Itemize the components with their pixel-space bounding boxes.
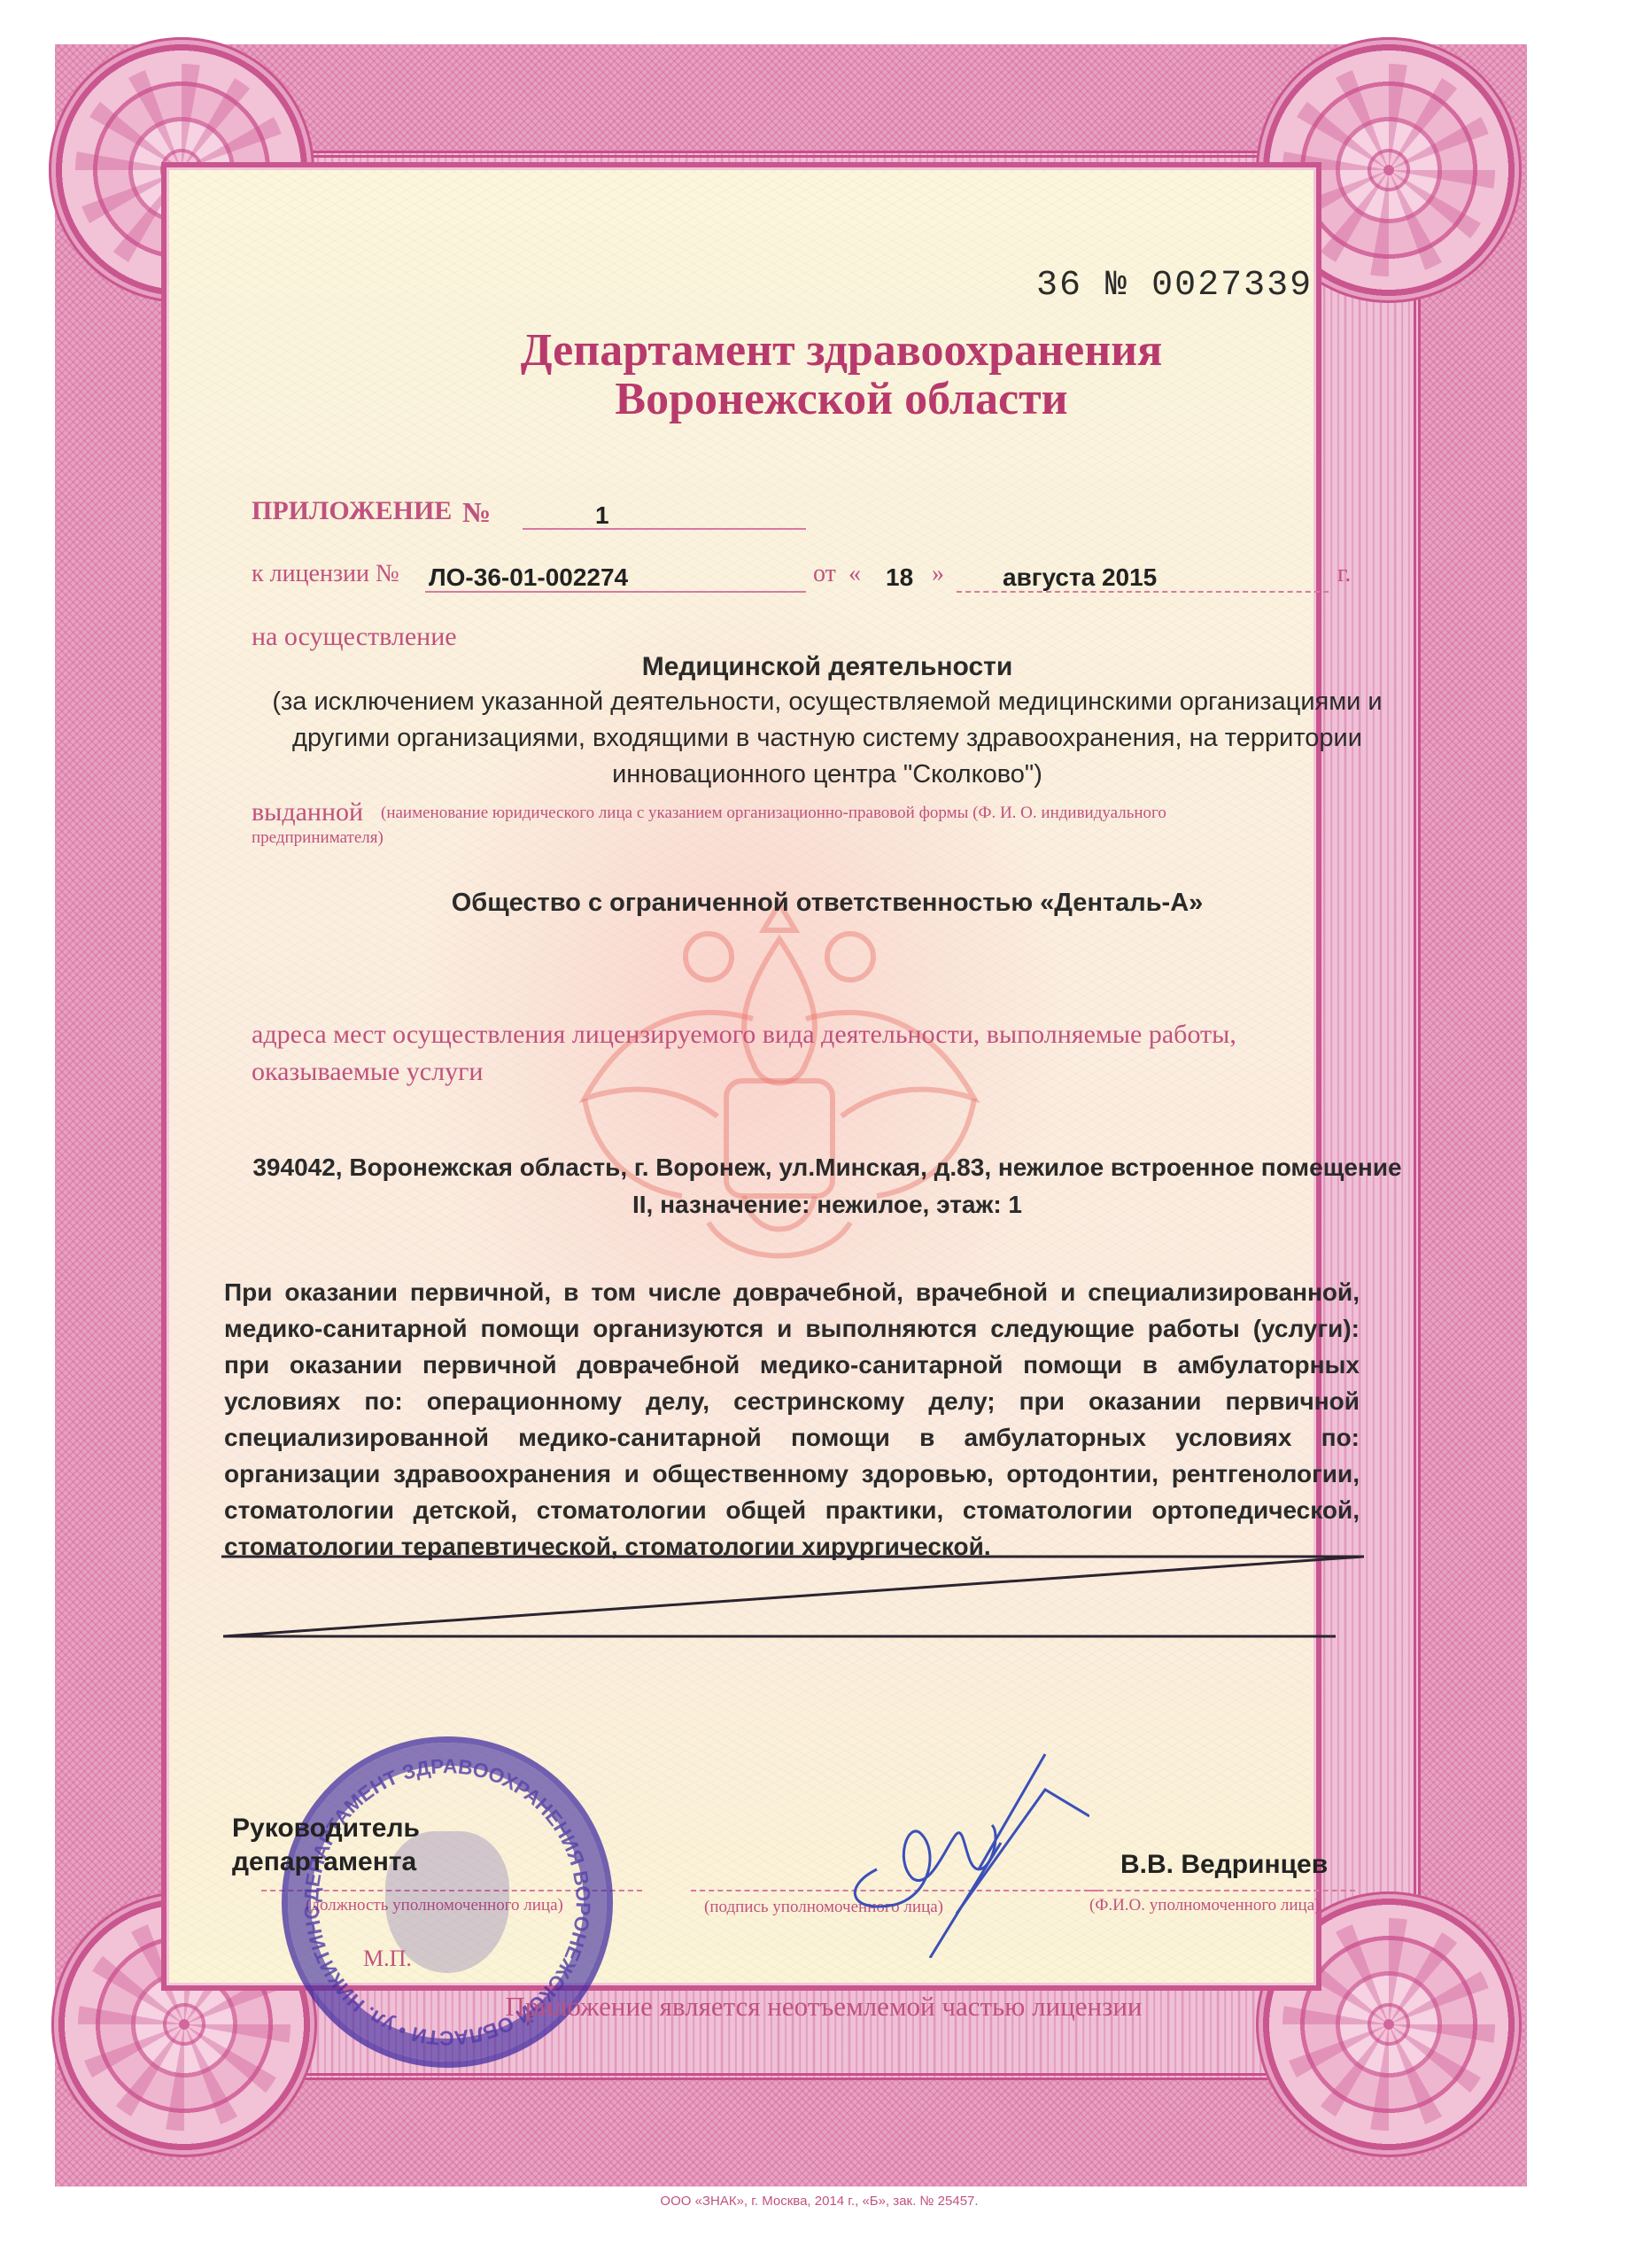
purpose-label: на осуществление [252, 622, 457, 652]
issuer-title-line-2: Воронежской области [266, 372, 1417, 427]
blank-serial-number: 36 № 0027339 [1036, 266, 1313, 306]
integral-part-note: Приложение является неотъемлемой частью … [425, 1991, 1222, 2023]
issuer-title-line-1: Департамент здравоохранения [266, 323, 1417, 378]
works-services-text: При оказании первичной, в том числе довр… [224, 1274, 1360, 1565]
activity-address: 394042, Воронежская область, г. Воронеж,… [252, 1149, 1403, 1223]
printer-imprint: ООО «ЗНАК», г. Москва, 2014 г., «Б», зак… [576, 2194, 1063, 2209]
appendix-number-underline [523, 528, 806, 530]
license-number: ЛО-36-01-002274 [429, 563, 628, 592]
signatory-name: В.В. Ведринцев [1120, 1850, 1328, 1880]
appendix-number: 1 [595, 501, 609, 530]
address-label: адреса мест осуществления лицензируемого… [252, 1016, 1376, 1091]
license-day: 18 [886, 563, 913, 592]
name-hint: (Ф.И.О. уполномоченного лица) [1089, 1896, 1321, 1915]
role-line-2: департамента [232, 1847, 416, 1876]
serial-series: 36 [1036, 266, 1082, 306]
issued-hint: (наименование юридического лица с указан… [381, 804, 1166, 823]
activity-description: (за исключением указанной деятельности, … [252, 684, 1403, 793]
licensee-name: Общество с ограниченной ответственностью… [252, 889, 1403, 918]
appendix-number-sign: № [462, 496, 491, 529]
strike-z-lines [213, 1542, 1382, 1657]
license-label: к лицензии № [252, 560, 399, 588]
serial-number: 0027339 [1151, 266, 1313, 306]
issued-hint-continuation: предпринимателя) [252, 828, 384, 848]
quote-open: « [848, 560, 861, 588]
date-from-label: от [813, 560, 836, 588]
activity-title: Медицинской деятельности [252, 649, 1403, 685]
license-month-year: августа 2015 [1003, 563, 1157, 592]
quote-close: » [932, 560, 944, 588]
handwritten-signature-icon [824, 1736, 1089, 1958]
serial-number-sign: № [1105, 266, 1128, 306]
name-underline [1089, 1890, 1355, 1891]
issued-label: выданной [252, 797, 363, 827]
appendix-label: ПРИЛОЖЕНИЕ [252, 496, 452, 526]
signatory-role: Руководитель департамента [232, 1812, 420, 1879]
year-suffix: г. [1337, 560, 1351, 588]
role-line-1: Руководитель [232, 1814, 420, 1843]
